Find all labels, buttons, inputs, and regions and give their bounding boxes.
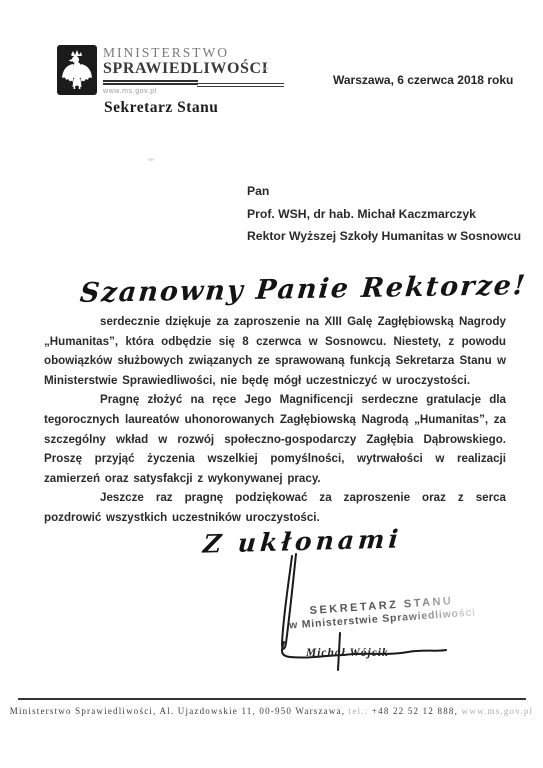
footer-address: Ministerstwo Sprawiedliwości, Al. Ujazdo… (10, 706, 345, 716)
header-rule-right (197, 83, 284, 87)
footer-address-line: Ministerstwo Sprawiedliwości, Al. Ujazdo… (0, 706, 543, 716)
date-place-line: Warszawa, 6 czerwca 2018 roku (333, 73, 513, 87)
header-rule-left (103, 80, 198, 85)
footer-divider (18, 698, 526, 700)
ministry-name-line2: SPRAWIEDLIWOŚCI (103, 60, 268, 78)
header-website: www.ms.gov.pl (103, 88, 157, 95)
footer-website: www.ms.gov.pl (458, 706, 533, 716)
paragraph-1: serdecznie dziękuje za zaproszenie na XI… (44, 312, 506, 390)
scan-artifact (148, 158, 154, 161)
polish-eagle-icon (60, 48, 94, 92)
scanned-letter-page: MINISTERSTWO SPRAWIEDLIWOŚCI www.ms.gov.… (0, 0, 543, 768)
handwritten-greeting: Szanowny Panie Rektorze! (79, 270, 529, 309)
recipient-name: Prof. WSH, dr hab. Michał Kaczmarczyk (247, 203, 521, 226)
ministry-logo (57, 45, 97, 95)
sender-role-title: Sekretarz Stanu (104, 99, 218, 117)
signer-name: Michał Wójcik (306, 647, 389, 659)
scan-artifact (264, 67, 269, 70)
letter-body: serdecznie dziękuje za zaproszenie na XI… (44, 312, 506, 528)
recipient-salutation: Pan (247, 180, 521, 203)
footer-tel-label: tel.: (345, 706, 372, 716)
recipient-title: Rektor Wyższej Szkoły Humanitas w Sosnow… (247, 225, 521, 248)
footer-phone: +48 22 52 12 888, (372, 706, 458, 716)
ministry-name-line1: MINISTERSTWO (103, 45, 229, 61)
recipient-block: Pan Prof. WSH, dr hab. Michał Kaczmarczy… (247, 180, 521, 248)
paragraph-3: Jeszcze raz pragnę podziękować za zapros… (44, 488, 506, 527)
paragraph-2: Pragnę złożyć na ręce Jego Magnificencji… (44, 390, 506, 488)
